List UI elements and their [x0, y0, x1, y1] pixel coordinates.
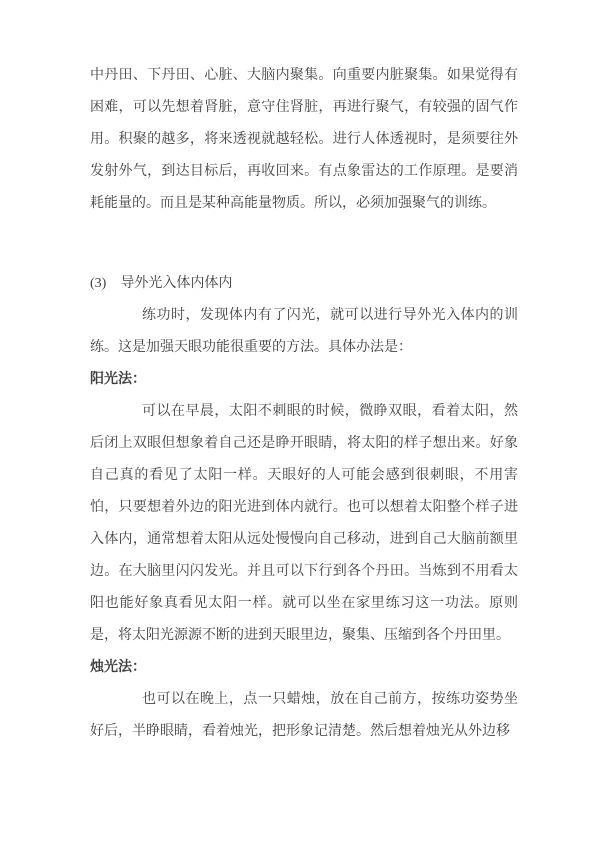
body-paragraph: 也可以在晚上，点一只蜡烛，放在自己前方，按练功姿势坐好后，半睁眼睛，看着烛光，把… [90, 684, 518, 748]
body-paragraph: 练功时，发现体内有了闪光，就可以进行导外光入体内的训练。这是加强天眼功能很重要的… [90, 300, 518, 364]
body-paragraph: 中丹田、下丹田、心脏、大脑内聚集。向重要内脏聚集。如果觉得有困难，可以先想着肾脏… [90, 60, 518, 220]
section-gap [90, 220, 518, 268]
body-paragraph: 可以在早晨，太阳不刺眼的时候，微睁双眼，看着太阳，然后闭上双眼但想象着自己还是睁… [90, 396, 518, 652]
method-heading: 烛光法： [90, 652, 518, 684]
section-heading: (3) 导外光入体内体内 [90, 268, 518, 300]
document-page: 中丹田、下丹田、心脏、大脑内聚集。向重要内脏聚集。如果觉得有困难，可以先想着肾脏… [0, 0, 610, 843]
method-heading: 阳光法： [90, 364, 518, 396]
document-body: 中丹田、下丹田、心脏、大脑内聚集。向重要内脏聚集。如果觉得有困难，可以先想着肾脏… [90, 60, 518, 748]
